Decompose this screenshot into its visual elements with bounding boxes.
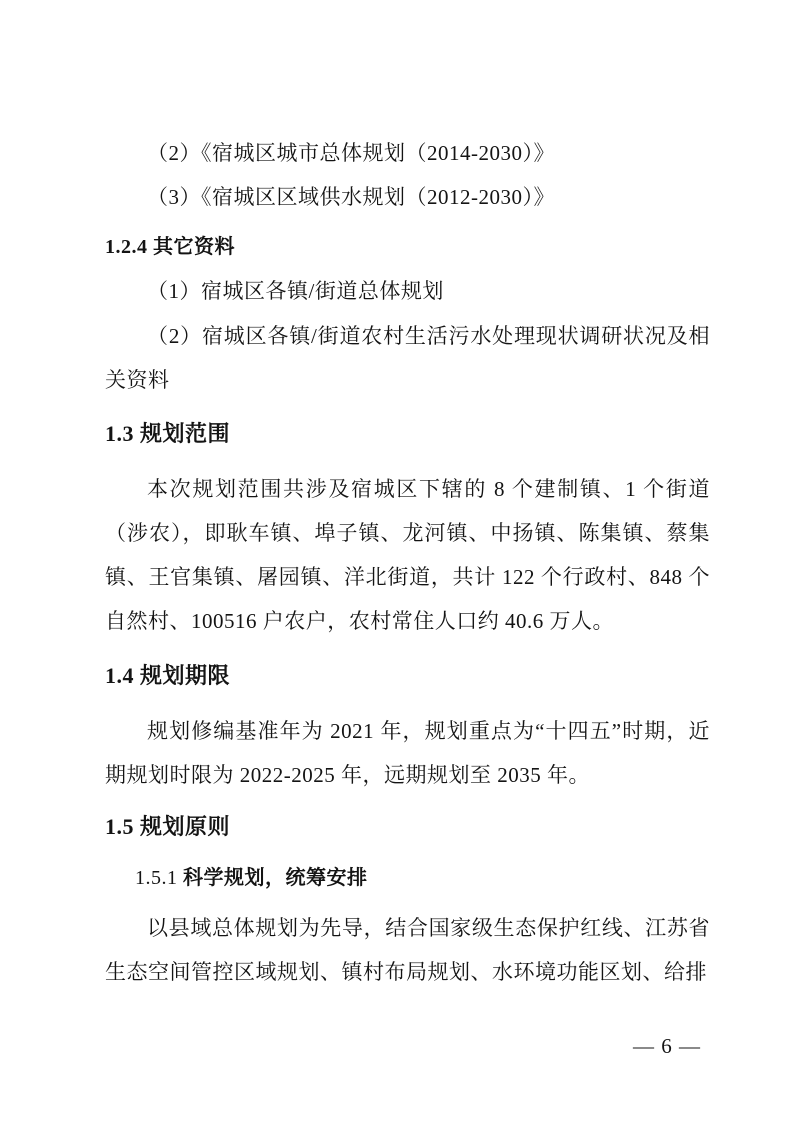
section-1-2-4-item-1: （1）宿城区各镇/街道总体规划 — [105, 269, 710, 313]
section-heading-1-3: 1.3 规划范围 — [105, 412, 710, 456]
section-1-5-paragraph: 以县域总体规划为先导，结合国家级生态保护红线、江苏省生态空间管控区域规划、镇村布… — [105, 906, 710, 994]
page-number: — 6 — — [633, 1030, 701, 1062]
section-1-2-4-item-2: （2）宿城区各镇/街道农村生活污水处理现状调研状况及相关资料 — [105, 314, 710, 402]
subsection-title: 科学规划，统筹安排 — [183, 867, 368, 889]
reference-item-2: （2）《宿城区城市总体规划（2014-2030）》 — [105, 131, 710, 175]
section-heading-1-5: 1.5 规划原则 — [105, 805, 710, 849]
reference-item-3: （3）《宿城区区域供水规划（2012-2030）》 — [105, 175, 710, 219]
document-content: （2）《宿城区城市总体规划（2014-2030）》 （3）《宿城区区域供水规划（… — [105, 131, 710, 994]
section-1-4-paragraph: 规划修编基准年为 2021 年，规划重点为“十四五”时期，近期规划时限为 202… — [105, 709, 710, 797]
subsection-number: 1.5.1 — [135, 867, 178, 889]
section-1-3-paragraph: 本次规划范围共涉及宿城区下辖的 8 个建制镇、1 个街道（涉农），即耿车镇、埠子… — [105, 467, 710, 643]
document-page: （2）《宿城区城市总体规划（2014-2030）》 （3）《宿城区区域供水规划（… — [0, 0, 793, 1122]
section-heading-1-5-1: 1.5.1 科学规划，统筹安排 — [135, 856, 710, 900]
section-heading-1-4: 1.4 规划期限 — [105, 654, 710, 698]
section-heading-1-2-4: 1.2.4 其它资料 — [105, 225, 710, 269]
